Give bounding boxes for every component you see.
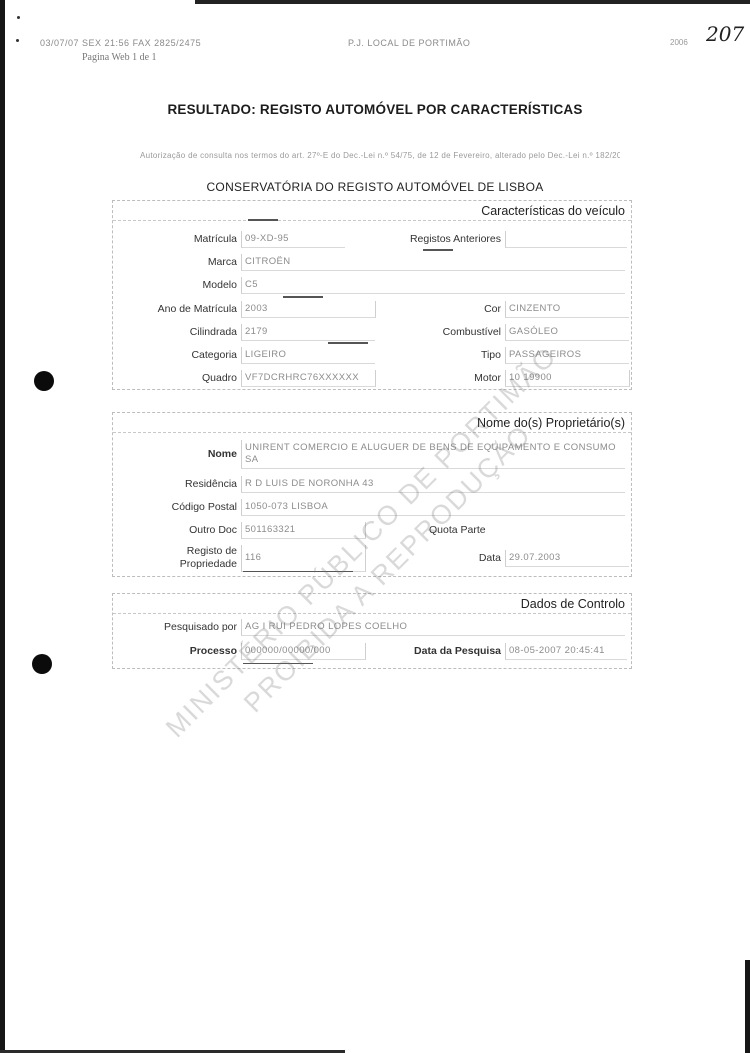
value-quadro: VF7DCRHRC76XXXXXX [241,370,376,387]
scan-mark [328,342,368,344]
registry-office-title: CONSERVATÓRIA DO REGISTO AUTOMÓVEL DE LI… [0,180,750,194]
scan-mark [243,571,353,572]
value-nome: UNIRENT COMERCIO E ALUGUER DE BENS DE EQ… [241,440,625,469]
value-tipo: PASSAGEIROS [505,347,629,364]
value-outro-doc: 501163321 [241,522,366,539]
field-codigo-postal: Código Postal 1050-073 LISBOA [113,497,625,517]
legal-note: Autorização de consulta nos termos do ar… [140,151,620,160]
field-cilindrada: Cilindrada 2179 [113,322,375,342]
field-tipo: Tipo PASSAGEIROS [413,345,629,365]
label-registo-propriedade-line1: Registo de [113,545,237,558]
label-data: Data [413,552,505,564]
section-title-owner: Nome do(s) Proprietário(s) [113,413,631,433]
label-outro-doc: Outro Doc [113,524,241,536]
scan-edge-left [0,0,5,1053]
field-outro-doc: Outro Doc 501163321 [113,520,366,540]
handwritten-page-number: 207 [706,22,744,46]
field-quadro: Quadro VF7DCRHRC76XXXXXX [113,368,376,388]
label-cilindrada: Cilindrada [113,326,241,338]
field-data: Data 29.07.2003 [413,548,629,568]
field-pesquisado-por: Pesquisado por AG I RUI PEDRO LOPES COEL… [113,617,625,637]
label-tipo: Tipo [413,349,505,361]
value-registo-propriedade: 116 [241,545,366,572]
label-nome: Nome [113,448,241,460]
punch-hole-icon [32,654,52,674]
field-processo: Processo 000000/00000/000 [113,641,366,661]
value-cor: CINZENTO [505,301,629,318]
value-registos-anteriores [505,231,627,248]
value-residencia: R D LUIS DE NORONHA 43 [241,476,625,493]
value-data-pesquisa: 08-05-2007 20:45:41 [505,643,627,660]
field-quota-parte: Quota Parte [413,520,626,540]
field-cor: Cor CINZENTO [413,299,629,319]
scan-edge-top [195,0,750,4]
label-ano-matricula: Ano de Matrícula [113,303,241,315]
field-motor: Motor 10 19900 [413,368,630,388]
field-modelo: Modelo C5 [113,275,625,295]
value-marca: CITROËN [241,254,625,271]
scan-mark [283,296,323,298]
field-matricula: Matrícula 09-XD-95 [113,229,345,249]
label-marca: Marca [113,256,241,268]
field-ano-matricula: Ano de Matrícula 2003 [113,299,376,319]
value-cilindrada: 2179 [241,324,375,341]
label-registos-anteriores: Registos Anteriores [371,233,505,245]
label-data-pesquisa: Data da Pesquisa [371,645,505,657]
value-codigo-postal: 1050-073 LISBOA [241,499,625,516]
scan-speck [16,39,19,42]
web-page-indicator: Pagina Web 1 de 1 [82,52,157,63]
label-processo: Processo [113,645,241,657]
value-ano-matricula: 2003 [241,301,376,318]
value-processo: 000000/00000/000 [241,643,366,660]
scan-mark [243,663,313,664]
value-data: 29.07.2003 [505,550,629,567]
section-title-vehicle: Características do veículo [113,201,631,221]
value-matricula: 09-XD-95 [241,231,345,248]
fax-transmission-header: 03/07/07 SEX 21:56 FAX 2825/2475 [40,38,201,48]
label-registo-propriedade: Registo de Propriedade [113,545,241,571]
owner-panel: Nome do(s) Proprietário(s) Nome UNIRENT … [112,412,632,577]
label-categoria: Categoria [113,349,241,361]
value-modelo: C5 [241,277,625,294]
field-combustivel: Combustível GASÓLEO [413,322,629,342]
label-quadro: Quadro [113,372,241,384]
vehicle-characteristics-panel: Características do veículo Matrícula 09-… [112,200,632,390]
value-combustivel: GASÓLEO [505,324,629,341]
scan-mark [423,249,453,251]
label-modelo: Modelo [113,279,241,291]
field-categoria: Categoria LIGEIRO [113,345,375,365]
field-registos-anteriores: Registos Anteriores [371,229,627,249]
label-registo-propriedade-line2: Propriedade [113,558,237,571]
document-title: RESULTADO: REGISTO AUTOMÓVEL POR CARACTE… [0,102,750,117]
value-quota-parte [503,522,626,538]
value-pesquisado-por: AG I RUI PEDRO LOPES COELHO [241,619,625,636]
scan-mark [248,219,278,221]
label-residencia: Residência [113,478,241,490]
field-registo-propriedade: Registo de Propriedade 116 [113,543,366,573]
section-title-control: Dados de Controlo [113,594,631,614]
label-quota-parte: Quota Parte [413,524,503,536]
field-data-pesquisa: Data da Pesquisa 08-05-2007 20:45:41 [371,641,627,661]
label-codigo-postal: Código Postal [113,501,241,513]
label-matricula: Matrícula [113,233,241,245]
value-motor: 10 19900 [505,370,630,387]
punch-hole-icon [34,371,54,391]
label-combustivel: Combustível [413,326,505,338]
scan-edge-right [745,960,750,1053]
field-marca: Marca CITROËN [113,252,625,272]
fax-sender: P.J. LOCAL DE PORTIMÃO [348,38,470,48]
label-pesquisado-por: Pesquisado por [113,621,241,633]
control-data-panel: Dados de Controlo Pesquisado por AG I RU… [112,593,632,669]
scan-speck [17,16,20,19]
label-motor: Motor [413,372,505,384]
label-cor: Cor [413,303,505,315]
fax-page-code: 2006 [670,38,688,47]
value-categoria: LIGEIRO [241,347,375,364]
field-nome: Nome UNIRENT COMERCIO E ALUGUER DE BENS … [113,439,625,469]
field-residencia: Residência R D LUIS DE NORONHA 43 [113,474,625,494]
